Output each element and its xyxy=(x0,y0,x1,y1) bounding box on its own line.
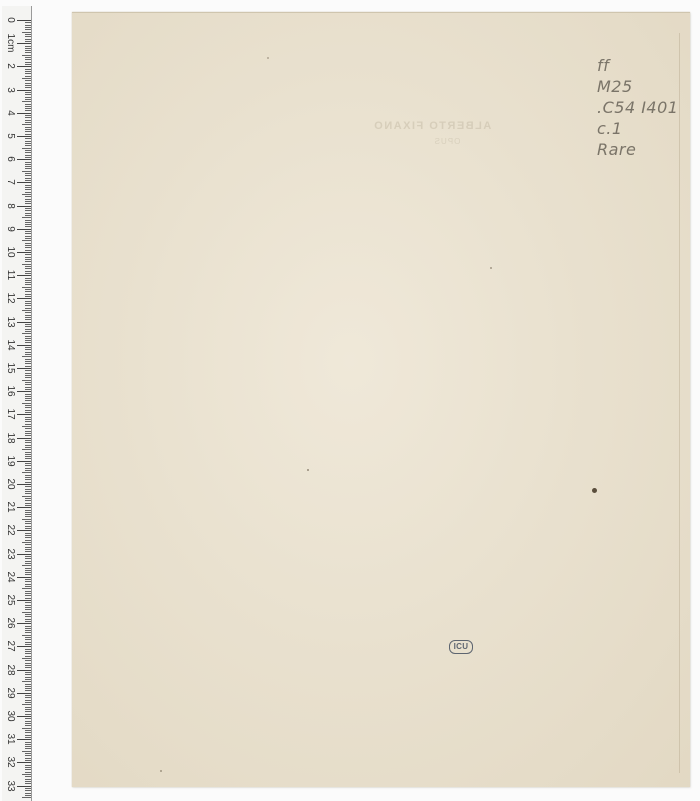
ruler-tick xyxy=(25,572,31,573)
ruler-tick xyxy=(17,206,31,207)
ruler-tick xyxy=(22,681,31,682)
ruler-tick xyxy=(25,203,31,204)
ruler-tick xyxy=(25,563,31,564)
ruler-tick xyxy=(25,178,31,179)
ruler-tick xyxy=(25,776,31,777)
ruler-tick xyxy=(25,649,31,650)
ruler-tick xyxy=(25,175,31,176)
ruler-tick xyxy=(17,623,31,624)
ruler-tick xyxy=(25,80,31,81)
ruler-tick xyxy=(17,391,31,392)
ruler-tick xyxy=(25,271,31,272)
ruler-tick xyxy=(22,124,31,125)
ruler-tick xyxy=(25,192,31,193)
ruler-tick xyxy=(25,505,31,506)
ruler-tick xyxy=(25,62,31,63)
ruler-tick xyxy=(25,134,31,135)
ruler-tick xyxy=(25,410,31,411)
ruler-tick xyxy=(22,310,31,311)
ruler-tick xyxy=(25,665,31,666)
ruler-tick xyxy=(25,584,31,585)
ruler-label: 17 xyxy=(5,407,15,421)
ruler-tick xyxy=(17,136,31,137)
ruler-label: 33 xyxy=(5,779,15,793)
ruler-tick xyxy=(25,173,31,174)
ruler-tick xyxy=(25,22,31,23)
ruler-tick xyxy=(25,772,31,773)
ruler-tick xyxy=(25,688,31,689)
ruler-tick xyxy=(25,551,31,552)
ruler-tick xyxy=(17,298,31,299)
ruler-tick xyxy=(25,672,31,673)
ruler-tick xyxy=(25,419,31,420)
ruler-tick xyxy=(25,424,31,425)
ruler-tick xyxy=(25,456,31,457)
ruler-tick xyxy=(22,32,31,33)
ruler-tick xyxy=(25,421,31,422)
document-page: ALBERTO FIXANO OPUS ff M25 .C54 I401 c.1… xyxy=(72,12,690,787)
ruler-label: 11 xyxy=(5,268,15,282)
ruler-tick xyxy=(25,718,31,719)
ruler-tick xyxy=(25,282,31,283)
ruler-tick xyxy=(25,595,31,596)
ruler-tick xyxy=(25,27,31,28)
ruler-tick xyxy=(22,728,31,729)
ruler-tick xyxy=(17,762,31,763)
ruler-tick xyxy=(25,157,31,158)
ruler-tick xyxy=(25,711,31,712)
ruler-tick xyxy=(25,602,31,603)
ruler-tick xyxy=(22,658,31,659)
ruler-label: 15 xyxy=(5,361,15,375)
ruler-tick xyxy=(25,187,31,188)
ruler-tick xyxy=(25,690,31,691)
ruler-tick xyxy=(25,143,31,144)
ruler-tick xyxy=(22,472,31,473)
ruler-tick xyxy=(25,34,31,35)
ruler-tick xyxy=(17,229,31,230)
ruler-tick xyxy=(25,493,31,494)
show-through-subtitle: OPUS xyxy=(412,137,482,146)
ruler-tick xyxy=(22,449,31,450)
ruler-tick xyxy=(25,92,31,93)
ruler-label: 27 xyxy=(5,639,15,653)
ruler-tick xyxy=(17,530,31,531)
ruler-label: 29 xyxy=(5,686,15,700)
ruler-tick xyxy=(25,289,31,290)
ruler-tick xyxy=(22,148,31,149)
ruler-tick xyxy=(25,788,31,789)
ruler-tick xyxy=(22,78,31,79)
ruler-tick xyxy=(25,366,31,367)
ruler-tick xyxy=(25,196,31,197)
ruler-tick xyxy=(25,48,31,49)
ruler-tick xyxy=(25,394,31,395)
ruler-tick xyxy=(17,670,31,671)
ruler-tick xyxy=(25,795,31,796)
ruler-tick xyxy=(25,296,31,297)
ruler-tick xyxy=(25,85,31,86)
ruler-label: 19 xyxy=(5,454,15,468)
ruler-label: 24 xyxy=(5,570,15,584)
ruler-tick xyxy=(22,240,31,241)
ruler-tick xyxy=(25,656,31,657)
ruler-tick xyxy=(25,69,31,70)
ruler-tick xyxy=(25,59,31,60)
ruler-tick xyxy=(25,294,31,295)
ruler-tick xyxy=(25,579,31,580)
ruler-tick xyxy=(25,222,31,223)
ruler-tick xyxy=(25,458,31,459)
ruler-tick xyxy=(25,29,31,30)
ruler-tick xyxy=(25,619,31,620)
ruler-tick xyxy=(25,593,31,594)
ruler-label: 31 xyxy=(5,732,15,746)
ruler-tick xyxy=(25,489,31,490)
ruler-tick xyxy=(25,417,31,418)
ruler-tick xyxy=(25,783,31,784)
ruler-tick xyxy=(25,642,31,643)
ruler-tick xyxy=(25,73,31,74)
library-stamp: ICU xyxy=(449,640,473,654)
ruler-tick xyxy=(25,568,31,569)
ruler-tick xyxy=(17,252,31,253)
ruler-tick xyxy=(25,273,31,274)
ruler-tick xyxy=(25,679,31,680)
ruler-tick xyxy=(25,709,31,710)
ruler-tick xyxy=(25,83,31,84)
ruler-tick xyxy=(25,166,31,167)
ruler-tick xyxy=(25,317,31,318)
ruler-label: 8 xyxy=(5,202,15,210)
ruler-tick xyxy=(25,533,31,534)
ruler-tick xyxy=(25,94,31,95)
ruler-tick xyxy=(17,345,31,346)
ruler-tick xyxy=(25,224,31,225)
ruler-tick xyxy=(17,554,31,555)
ruler-tick xyxy=(25,39,31,40)
call-number-line: ff xyxy=(597,55,700,76)
ruler-tick xyxy=(25,570,31,571)
ruler-tick xyxy=(25,331,31,332)
ruler-tick xyxy=(25,387,31,388)
ruler-tick xyxy=(25,447,31,448)
ruler-tick xyxy=(25,349,31,350)
ruler-tick xyxy=(25,735,31,736)
ruler-tick xyxy=(25,336,31,337)
ruler-tick xyxy=(22,171,31,172)
ruler-label: 5 xyxy=(5,132,15,140)
ruler-tick xyxy=(25,721,31,722)
ruler-label: 20 xyxy=(5,477,15,491)
ruler-tick xyxy=(25,259,31,260)
ruler-tick xyxy=(25,644,31,645)
ruler-label: 3 xyxy=(5,86,15,94)
show-through-title: ALBERTO FIXANO xyxy=(372,120,492,132)
ruler-tick xyxy=(25,626,31,627)
ruler-tick xyxy=(25,87,31,88)
ruler-tick xyxy=(25,540,31,541)
ruler-tick xyxy=(25,64,31,65)
measurement-ruler: 01cm234567891011121314151617181920212223… xyxy=(2,6,32,801)
ruler-tick xyxy=(17,368,31,369)
ruler-label: 2 xyxy=(5,62,15,70)
ruler-tick xyxy=(25,326,31,327)
ruler-tick xyxy=(25,384,31,385)
ruler-label: 14 xyxy=(5,338,15,352)
ruler-tick xyxy=(25,257,31,258)
ruler-tick xyxy=(25,231,31,232)
ruler-tick xyxy=(25,769,31,770)
ruler-tick xyxy=(25,129,31,130)
ruler-tick xyxy=(22,612,31,613)
ruler-tick xyxy=(25,115,31,116)
ruler-tick xyxy=(25,479,31,480)
ruler-tick xyxy=(17,693,31,694)
ruler-tick xyxy=(25,732,31,733)
ruler-tick xyxy=(25,150,31,151)
ruler-tick xyxy=(25,498,31,499)
ruler-tick xyxy=(25,744,31,745)
ruler-tick xyxy=(25,758,31,759)
ruler-tick xyxy=(25,651,31,652)
ruler-tick xyxy=(25,637,31,638)
ruler-tick xyxy=(25,753,31,754)
ruler-label: 7 xyxy=(5,178,15,186)
ruler-tick xyxy=(22,380,31,381)
ruler-tick xyxy=(25,725,31,726)
ruler-tick xyxy=(25,243,31,244)
ruler-tick xyxy=(25,746,31,747)
ruler-tick xyxy=(25,470,31,471)
ruler-tick xyxy=(25,301,31,302)
ruler-tick xyxy=(25,528,31,529)
ruler-tick xyxy=(25,574,31,575)
ruler-tick xyxy=(25,442,31,443)
ruler-tick xyxy=(17,66,31,67)
ruler-tick xyxy=(25,236,31,237)
ruler-tick xyxy=(25,510,31,511)
ruler-tick xyxy=(17,90,31,91)
ruler-tick xyxy=(25,104,31,105)
ruler-tick xyxy=(25,663,31,664)
ruler-tick xyxy=(25,340,31,341)
ruler-label: 13 xyxy=(5,315,15,329)
ruler-tick xyxy=(22,797,31,798)
ruler-tick xyxy=(25,120,31,121)
ruler-tick xyxy=(25,363,31,364)
ruler-tick xyxy=(25,779,31,780)
ruler-label: 6 xyxy=(5,155,15,163)
ruler-tick xyxy=(25,389,31,390)
ruler-tick xyxy=(25,556,31,557)
ruler-tick xyxy=(25,686,31,687)
ruler-tick xyxy=(25,632,31,633)
foxing-spot xyxy=(592,488,597,493)
ruler-tick xyxy=(17,43,31,44)
ruler-tick xyxy=(25,131,31,132)
ruler-tick xyxy=(25,36,31,37)
ruler-tick xyxy=(17,20,31,21)
ruler-tick xyxy=(17,507,31,508)
ruler-tick xyxy=(25,76,31,77)
ruler-tick xyxy=(25,46,31,47)
ruler-tick xyxy=(25,361,31,362)
ruler-ticks xyxy=(17,6,31,801)
ruler-label: 18 xyxy=(5,431,15,445)
ruler-tick xyxy=(25,537,31,538)
ruler-tick xyxy=(25,108,31,109)
ruler-tick xyxy=(17,716,31,717)
ruler-tick xyxy=(25,280,31,281)
ruler-tick xyxy=(25,475,31,476)
ruler-tick xyxy=(25,755,31,756)
ruler-tick xyxy=(25,616,31,617)
ruler-tick xyxy=(25,558,31,559)
ruler-tick xyxy=(25,639,31,640)
ruler-tick xyxy=(25,695,31,696)
ruler-tick xyxy=(25,482,31,483)
ruler-tick xyxy=(25,319,31,320)
ruler-tick xyxy=(25,630,31,631)
ruler-tick xyxy=(25,544,31,545)
ruler-tick xyxy=(25,614,31,615)
ruler-tick xyxy=(25,122,31,123)
ruler-tick xyxy=(25,377,31,378)
ruler-tick xyxy=(25,697,31,698)
ruler-tick xyxy=(25,516,31,517)
ruler-tick xyxy=(25,523,31,524)
ruler-tick xyxy=(25,723,31,724)
ruler-tick xyxy=(22,588,31,589)
ruler-tick xyxy=(25,291,31,292)
ruler-tick xyxy=(22,264,31,265)
ruler-tick xyxy=(25,514,31,515)
ruler-tick xyxy=(25,199,31,200)
ruler-tick xyxy=(25,145,31,146)
ruler-tick xyxy=(25,445,31,446)
ruler-tick xyxy=(25,324,31,325)
ruler-tick xyxy=(25,180,31,181)
ruler-tick xyxy=(25,790,31,791)
ruler-tick xyxy=(25,742,31,743)
ruler-tick xyxy=(25,338,31,339)
ruler-tick xyxy=(25,468,31,469)
ruler-tick xyxy=(25,591,31,592)
foxing-spot xyxy=(267,57,269,59)
ruler-label: 4 xyxy=(5,109,15,117)
ruler-tick xyxy=(25,254,31,255)
foxing-spot xyxy=(490,267,492,269)
ruler-tick xyxy=(25,201,31,202)
call-number-line: c.1 xyxy=(597,118,700,139)
ruler-tick xyxy=(22,333,31,334)
ruler-tick xyxy=(25,315,31,316)
ruler-tick xyxy=(25,605,31,606)
ruler-tick xyxy=(25,760,31,761)
ruler-tick xyxy=(25,261,31,262)
ruler-tick xyxy=(25,303,31,304)
ruler-tick xyxy=(25,168,31,169)
pencil-call-number: ff M25 .C54 I401 c.1 Rare xyxy=(597,55,700,160)
ruler-tick xyxy=(25,382,31,383)
ruler-tick xyxy=(25,41,31,42)
ruler-tick xyxy=(17,461,31,462)
ruler-tick xyxy=(25,245,31,246)
ruler-tick xyxy=(25,233,31,234)
ruler-tick xyxy=(25,155,31,156)
ruler-tick xyxy=(17,600,31,601)
call-number-line: Rare xyxy=(597,139,700,160)
ruler-tick xyxy=(25,412,31,413)
ruler-tick xyxy=(25,238,31,239)
ruler-tick xyxy=(22,542,31,543)
ruler-tick xyxy=(25,737,31,738)
ruler-tick xyxy=(25,162,31,163)
ruler-tick xyxy=(25,359,31,360)
call-number-line: M25 xyxy=(597,76,700,97)
ruler-tick xyxy=(25,767,31,768)
ruler-tick xyxy=(25,141,31,142)
ruler-tick xyxy=(25,707,31,708)
ruler-tick xyxy=(22,403,31,404)
ruler-label: 25 xyxy=(5,593,15,607)
ruler-tick xyxy=(22,101,31,102)
ruler-tick xyxy=(25,370,31,371)
ruler-tick xyxy=(25,653,31,654)
ruler-tick xyxy=(25,454,31,455)
ruler-tick xyxy=(25,463,31,464)
ruler-tick xyxy=(25,549,31,550)
ruler-tick xyxy=(25,110,31,111)
ruler-tick xyxy=(25,452,31,453)
ruler-tick xyxy=(25,702,31,703)
ruler-tick xyxy=(17,275,31,276)
ruler-tick xyxy=(25,117,31,118)
ruler-tick xyxy=(25,266,31,267)
ruler-tick xyxy=(25,581,31,582)
ruler-tick xyxy=(22,496,31,497)
ruler-tick xyxy=(25,440,31,441)
ruler-tick xyxy=(25,106,31,107)
ruler-tick xyxy=(25,138,31,139)
ruler-tick xyxy=(25,215,31,216)
ruler-tick xyxy=(22,194,31,195)
ruler-tick xyxy=(22,751,31,752)
ruler-label: 16 xyxy=(5,384,15,398)
ruler-tick xyxy=(25,268,31,269)
ruler-tick xyxy=(25,765,31,766)
ruler-label: 26 xyxy=(5,616,15,630)
ruler-label: 32 xyxy=(5,755,15,769)
ruler-tick xyxy=(22,217,31,218)
ruler-tick xyxy=(25,660,31,661)
ruler-tick xyxy=(17,414,31,415)
ruler-tick xyxy=(22,55,31,56)
ruler-tick xyxy=(22,287,31,288)
ruler-label: 0 xyxy=(5,16,15,24)
ruler-tick xyxy=(25,667,31,668)
ruler-tick xyxy=(25,71,31,72)
ruler-tick xyxy=(25,213,31,214)
ruler-tick xyxy=(17,159,31,160)
ruler-tick xyxy=(25,329,31,330)
ruler-tick xyxy=(25,793,31,794)
ruler-tick xyxy=(25,97,31,98)
ruler-tick xyxy=(25,486,31,487)
ruler-tick xyxy=(17,438,31,439)
ruler-tick xyxy=(22,704,31,705)
